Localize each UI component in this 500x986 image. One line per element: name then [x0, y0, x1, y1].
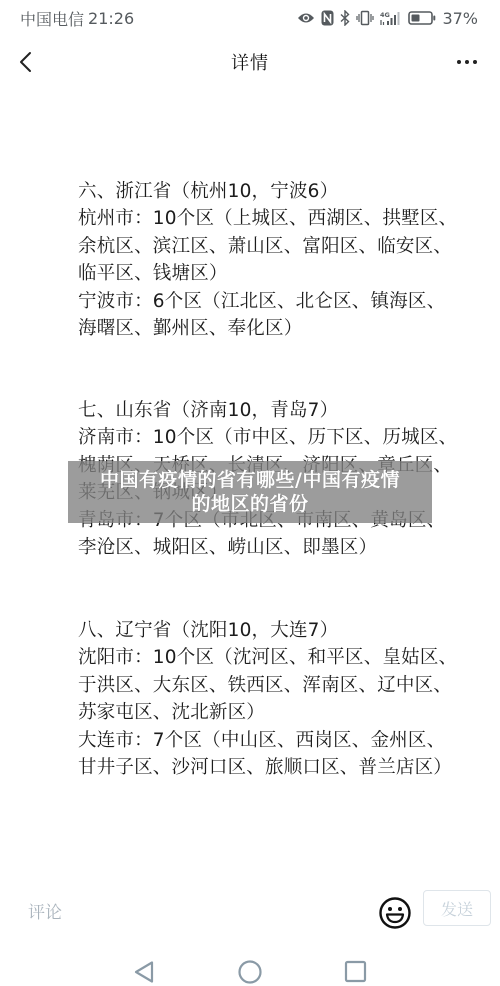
eye-icon	[297, 9, 315, 27]
section-heading: 八、辽宁省（沈阳10，大连7）	[78, 617, 488, 644]
more-button[interactable]	[452, 50, 482, 74]
section-line: 甘井子区、沙河口区、旅顺口区、普兰店区）	[78, 754, 488, 781]
section-line: 济南市：10个区（市中区、历下区、历城区、	[78, 424, 488, 451]
section-line: 宁波市：6个区（江北区、北仑区、镇海区、	[78, 288, 488, 315]
status-bar: 中国电信 21:26 4G 37%	[0, 0, 500, 36]
square-recents-icon	[343, 960, 369, 984]
circle-home-icon	[237, 960, 263, 984]
4g-signal-icon: 4G	[380, 9, 402, 27]
screen: 中国电信 21:26 4G 37%	[0, 0, 500, 986]
bluetooth-icon	[340, 9, 350, 27]
smiley-icon	[378, 896, 412, 930]
more-dots-icon	[457, 60, 461, 64]
clock: 21:26	[88, 9, 134, 28]
page-title: 详情	[231, 49, 269, 75]
system-home-button[interactable]	[237, 960, 263, 984]
overlay-line-2: 的地区的省份	[191, 492, 308, 516]
system-back-button[interactable]	[132, 960, 158, 984]
back-button[interactable]	[12, 48, 40, 76]
status-left: 中国电信 21:26	[20, 7, 134, 30]
nav-bar: 详情	[0, 40, 500, 84]
section-line: 杭州市：10个区（上城区、西湖区、拱墅区、	[78, 205, 488, 232]
system-nav-bar	[0, 950, 500, 986]
title-overlay-banner: 中国有疫情的省有哪些/中国有疫情 的地区的省份	[68, 461, 432, 523]
section-zhejiang: 六、浙江省（杭州10，宁波6） 杭州市：10个区（上城区、西湖区、拱墅区、 余杭…	[78, 178, 488, 342]
section-line: 大连市：7个区（中山区、西岗区、金州区、	[78, 727, 488, 754]
emoji-button[interactable]	[378, 896, 412, 930]
battery-percent: 37%	[442, 9, 478, 28]
overlay-line-1: 中国有疫情的省有哪些/中国有疫情	[100, 468, 400, 492]
comment-bar: 评论 发送	[0, 890, 500, 936]
section-line: 海曙区、鄞州区、奉化区）	[78, 315, 488, 342]
send-button[interactable]: 发送	[423, 890, 491, 926]
svg-text:4G: 4G	[380, 11, 390, 19]
comment-input[interactable]: 评论	[28, 898, 348, 928]
battery-icon	[408, 9, 436, 27]
carrier-label: 中国电信	[20, 7, 84, 30]
section-line: 临平区、钱塘区）	[78, 260, 488, 287]
more-dot	[465, 60, 469, 64]
section-line: 苏家屯区、沈北新区）	[78, 699, 488, 726]
more-dot	[473, 60, 477, 64]
chevron-left-icon	[18, 51, 34, 73]
section-heading: 七、山东省（济南10，青岛7）	[78, 397, 488, 424]
section-line: 沈阳市：10个区（沈河区、和平区、皇姑区、	[78, 644, 488, 671]
section-line: 于洪区、大东区、铁西区、浑南区、辽中区、	[78, 672, 488, 699]
section-heading: 六、浙江省（杭州10，宁波6）	[78, 178, 488, 205]
system-recents-button[interactable]	[343, 960, 369, 984]
section-line: 余杭区、滨江区、萧山区、富阳区、临安区、	[78, 233, 488, 260]
triangle-back-icon	[132, 960, 158, 984]
section-liaoning: 八、辽宁省（沈阳10，大连7） 沈阳市：10个区（沈河区、和平区、皇姑区、 于洪…	[78, 617, 488, 781]
status-right: 4G 37%	[297, 9, 478, 28]
nfc-icon	[321, 9, 334, 27]
vibrate-icon	[356, 9, 374, 27]
section-line: 李沧区、城阳区、崂山区、即墨区）	[78, 534, 488, 561]
